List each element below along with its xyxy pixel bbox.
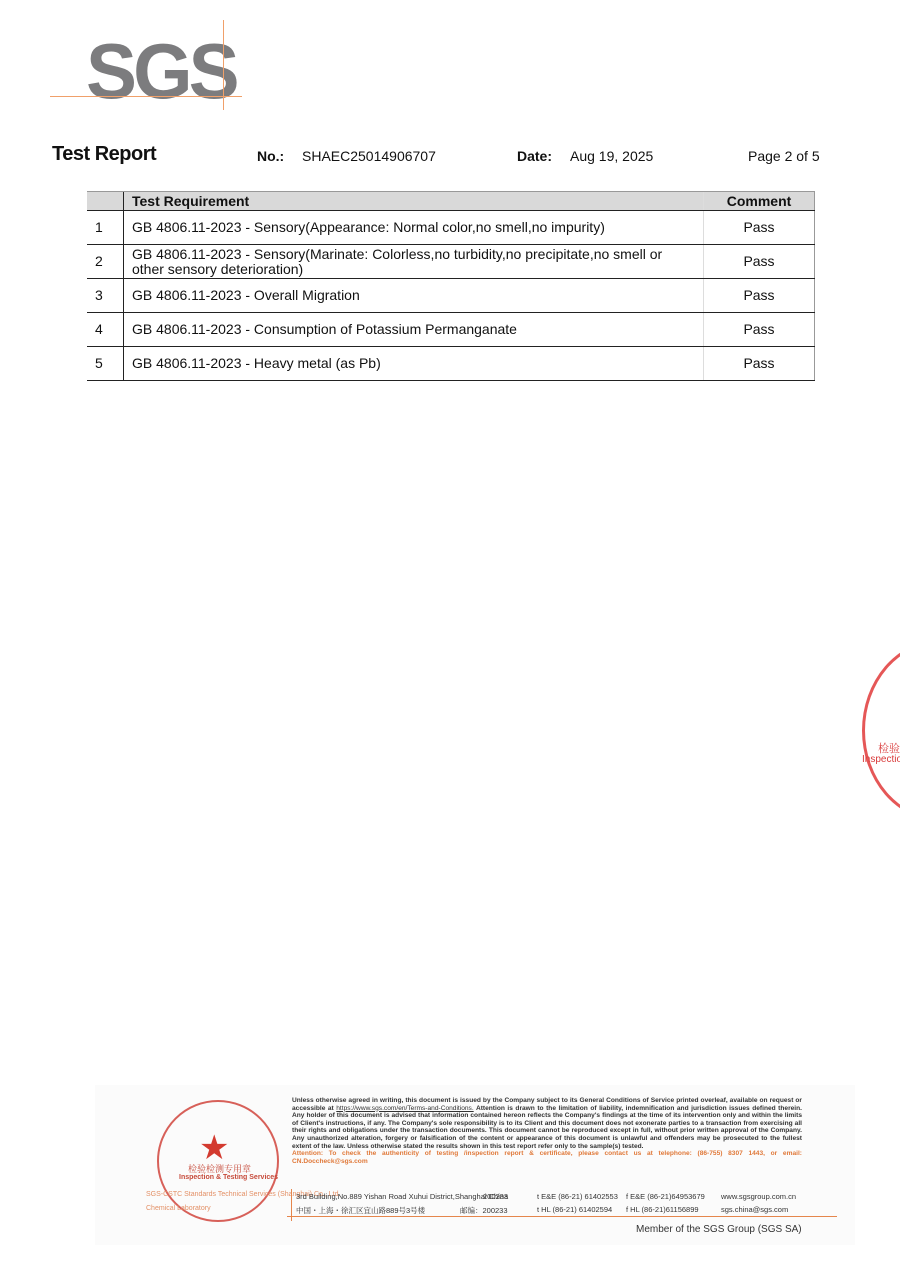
- fax-hl: f HL (86-21)61156899: [626, 1205, 699, 1214]
- authenticity-notice: Attention: To check the authenticity of …: [292, 1150, 802, 1165]
- test-results-table: Test Requirement Comment 1 GB 4806.11-20…: [87, 191, 815, 381]
- row-comment: Pass: [704, 211, 815, 245]
- terms-link[interactable]: https://www.sgs.com/en/Terms-and-Conditi…: [336, 1105, 473, 1112]
- postcode-cn: 邮编：200233: [460, 1205, 508, 1216]
- page-indicator: Page 2 of 5: [748, 148, 820, 164]
- row-requirement: GB 4806.11-2023 - Sensory(Appearance: No…: [124, 211, 704, 245]
- website: www.sgsgroup.com.cn: [721, 1192, 796, 1201]
- postcode-en: 200233: [483, 1192, 508, 1201]
- telephone-ee: t E&E (86-21) 61402553: [537, 1192, 618, 1201]
- stamp-en-text: Inspection & Testing Services: [179, 1174, 278, 1181]
- fax-ee: f E&E (86-21)64953679: [626, 1192, 705, 1201]
- row-comment: Pass: [704, 245, 815, 279]
- table-row: 5 GB 4806.11-2023 - Heavy metal (as Pb) …: [87, 347, 815, 381]
- disclaimer-text-2: Attention is drawn to the limitation of …: [292, 1105, 802, 1150]
- legal-disclaimer: Unless otherwise agreed in writing, this…: [292, 1097, 802, 1165]
- row-requirement: GB 4806.11-2023 - Overall Migration: [124, 279, 704, 313]
- column-header-number: [87, 192, 124, 211]
- member-statement: Member of the SGS Group (SGS SA): [636, 1224, 802, 1235]
- logo-accent-line-horizontal: [50, 96, 242, 97]
- official-seal-right-edge: [862, 640, 900, 821]
- row-number: 1: [87, 211, 124, 245]
- row-requirement: GB 4806.11-2023 - Sensory(Marinate: Colo…: [124, 245, 704, 279]
- seal-right-en-text: Inspection: [862, 754, 900, 765]
- row-number: 3: [87, 279, 124, 313]
- report-header: Test Report No.: SHAEC25014906707 Date: …: [0, 143, 900, 167]
- row-comment: Pass: [704, 279, 815, 313]
- row-requirement: GB 4806.11-2023 - Heavy metal (as Pb): [124, 347, 704, 381]
- company-lab: Chemical Laboratory: [146, 1205, 211, 1212]
- table-row: 3 GB 4806.11-2023 - Overall Migration Pa…: [87, 279, 815, 313]
- column-header-comment: Comment: [704, 192, 815, 211]
- table-header-row: Test Requirement Comment: [87, 192, 815, 211]
- table-row: 4 GB 4806.11-2023 - Consumption of Potas…: [87, 313, 815, 347]
- column-header-requirement: Test Requirement: [124, 192, 704, 211]
- report-number: SHAEC25014906707: [302, 148, 436, 164]
- table-row: 2 GB 4806.11-2023 - Sensory(Marinate: Co…: [87, 245, 815, 279]
- email: sgs.china@sgs.com: [721, 1205, 788, 1214]
- report-date: Aug 19, 2025: [570, 148, 653, 164]
- report-number-label: No.:: [257, 148, 284, 164]
- row-requirement: GB 4806.11-2023 - Consumption of Potassi…: [124, 313, 704, 347]
- row-number: 5: [87, 347, 124, 381]
- row-comment: Pass: [704, 347, 815, 381]
- table-row: 1 GB 4806.11-2023 - Sensory(Appearance: …: [87, 211, 815, 245]
- address-cn: 中国・上海・徐汇区宜山路889号3号楼: [296, 1205, 425, 1216]
- address-divider-horizontal: [287, 1216, 837, 1217]
- row-number: 2: [87, 245, 124, 279]
- row-number: 4: [87, 313, 124, 347]
- sgs-logo: SGS: [50, 20, 245, 112]
- report-title: Test Report: [52, 143, 156, 166]
- address-en: 3rd Building,No.889 Yishan Road Xuhui Di…: [296, 1192, 508, 1201]
- telephone-hl: t HL (86-21) 61402594: [537, 1205, 612, 1214]
- report-date-label: Date:: [517, 148, 552, 164]
- row-comment: Pass: [704, 313, 815, 347]
- logo-accent-line-vertical: [223, 20, 224, 110]
